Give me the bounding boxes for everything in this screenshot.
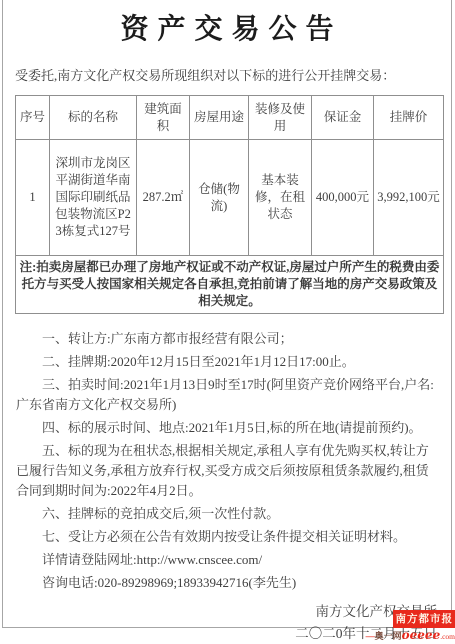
cell-seq: 1 — [16, 140, 50, 256]
term-item-7: 七、受让方必须在公告有效期内按受让条件提交相关证明材料。 — [16, 527, 438, 547]
header-deposit: 保证金 — [312, 96, 374, 140]
watermark-dash: — — [366, 631, 375, 641]
watermark-site-line: —奥一网oeeee.com — [355, 629, 455, 643]
term-item-5: 五、标的现为在租状态,根据相关规定,承租人享有优先购买权,转让方已履行告知义务,… — [16, 441, 438, 501]
table-note-row: 注:拍卖房屋都已办理了房地产权证或不动产权证,房屋过户所产生的税费由委托方与买受… — [16, 256, 444, 314]
cell-condition: 基本装修，在租状态 — [249, 140, 312, 256]
header-seq: 序号 — [16, 96, 50, 140]
header-price: 挂牌价 — [374, 96, 444, 140]
term-item-2: 二、挂牌期:2020年12月15日至2021年1月12日17:00止。 — [16, 352, 438, 372]
term-item-4: 四、标的展示时间、地点:2021年1月5日,标的所在地(请提前预约)。 — [16, 418, 438, 438]
phone-line: 咨询电话:020-89298969;18933942716(李先生) — [16, 573, 438, 593]
header-usage: 房屋用途 — [190, 96, 249, 140]
cell-name: 深圳市龙岗区平湖街道华南国际印刷纸品包装物流区P23栋复式127号 — [50, 140, 137, 256]
note-text: 注:拍卖房屋都已办理了房地产权证或不动产权证,房屋过户所产生的税费由委托方与买受… — [16, 256, 444, 314]
header-name: 标的名称 — [50, 96, 137, 140]
page-title: 资产交易公告 — [3, 13, 451, 47]
header-condition: 装修及使用 — [249, 96, 312, 140]
cell-price: 3,992,100元 — [374, 140, 444, 256]
term-item-6: 六、挂牌标的竞拍成交后,须一次性付款。 — [16, 504, 438, 524]
watermark-site-name: oeeee — [402, 628, 441, 642]
terms-section: 一、转让方:广东南方都市报经营有限公司； 二、挂牌期:2020年12月15日至2… — [16, 329, 438, 593]
lots-table: 序号 标的名称 建筑面积 房屋用途 装修及使用 保证金 挂牌价 1 深圳市龙岗区… — [15, 95, 444, 314]
term-item-1: 一、转让方:广东南方都市报经营有限公司； — [16, 329, 438, 349]
cell-usage: 仓储(物流) — [190, 140, 249, 256]
watermark-site-prefix: 奥一网 — [375, 631, 402, 641]
cell-deposit: 400,000元 — [312, 140, 374, 256]
intro-text: 受委托,南方文化产权交易所现组织对以下标的进行公开挂牌交易： — [15, 67, 439, 85]
newspaper-watermark: 南方都市报 —奥一网oeeee.com — [355, 609, 455, 643]
header-area: 建筑面积 — [137, 96, 190, 140]
table-row: 1 深圳市龙岗区平湖街道华南国际印刷纸品包装物流区P23栋复式127号 287.… — [16, 140, 444, 256]
table-header-row: 序号 标的名称 建筑面积 房屋用途 装修及使用 保证金 挂牌价 — [16, 96, 444, 140]
watermark-site-tld: .com — [440, 632, 455, 641]
newspaper-logo: 南方都市报 — [393, 610, 455, 628]
website-line: 详情请登陆网址:http://www.cnscee.com/ — [16, 550, 438, 570]
announcement-page: 资产交易公告 受委托,南方文化产权交易所现组织对以下标的进行公开挂牌交易： 序号… — [0, 0, 455, 644]
cell-area: 287.2㎡ — [137, 140, 190, 256]
document-sheet: 资产交易公告 受委托,南方文化产权交易所现组织对以下标的进行公开挂牌交易： 序号… — [2, 0, 452, 628]
term-item-3: 三、拍卖时间:2021年1月13日9时至17时(阿里资产竞价网络平台,户名:广东… — [16, 375, 438, 415]
